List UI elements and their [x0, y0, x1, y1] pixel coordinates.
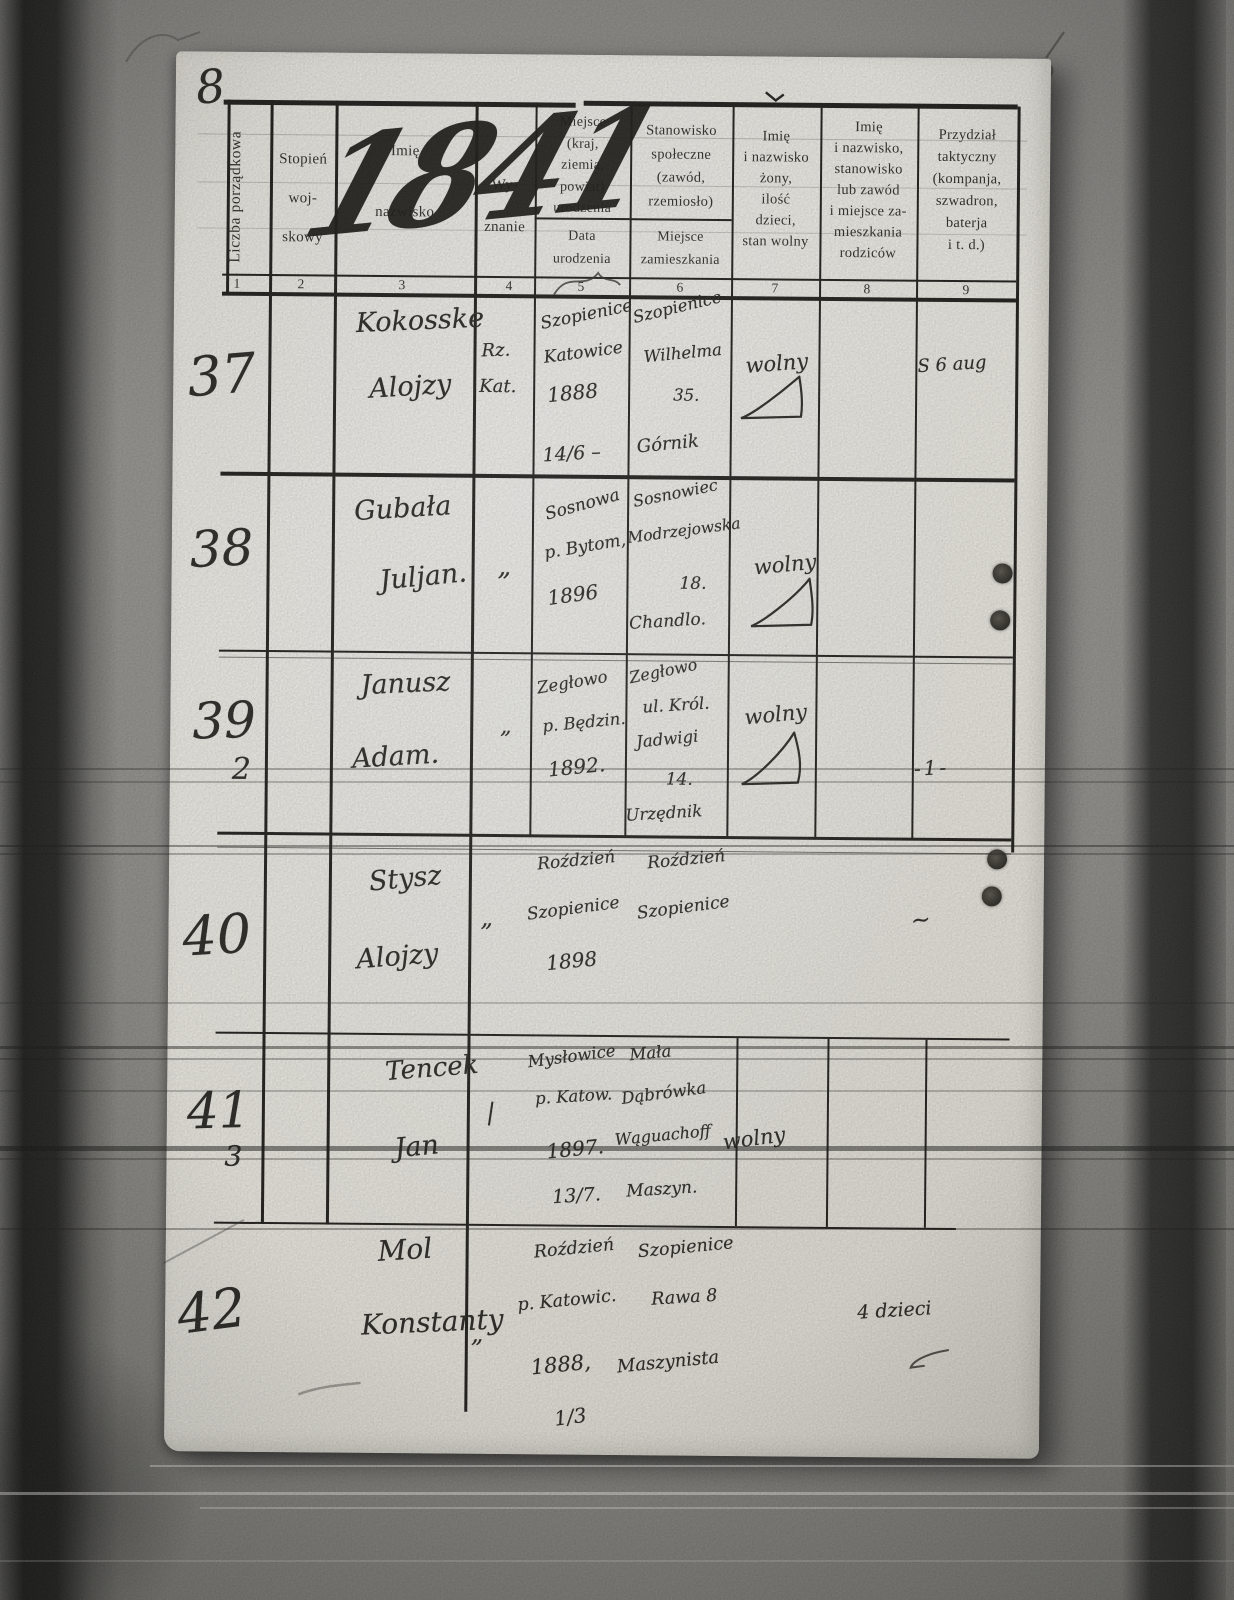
- header-col6-bottom: Miejsce zamieszkania: [628, 225, 732, 272]
- microfilm-scan: 8 Liczba porządkowa: [0, 0, 1234, 1600]
- entry-residence: Maszyn.: [626, 1177, 698, 1201]
- ink-flourish-triangle: [741, 574, 824, 633]
- entry-birth: Szopienice: [539, 296, 634, 334]
- entry-residence: Urzędnik: [625, 801, 703, 825]
- entry-residence: Szopienice: [636, 892, 731, 924]
- row-number-sub: 3: [224, 1140, 242, 1173]
- entry-residence: 14.: [666, 770, 693, 790]
- entry-assignment: S 6 aug: [917, 352, 987, 377]
- header-col9-label: Przydział taktyczny (kompanja, szwadron,…: [918, 124, 1015, 257]
- entry-religion-ditto: „: [471, 1320, 484, 1348]
- col-number: 4: [499, 278, 519, 294]
- entry-religion: Kat.: [479, 376, 516, 397]
- ink-flourish-triangle: [733, 372, 813, 423]
- film-scratch-white: [0, 1492, 1234, 1495]
- header-line: Miejsce: [628, 225, 732, 249]
- entry-residence: Jadwigi: [635, 727, 699, 752]
- entry-birth: Sosnowa: [543, 485, 622, 525]
- col-number: 6: [670, 280, 690, 296]
- entry-religion-ditto: „: [500, 714, 512, 739]
- entry-birth: p. Katowic.: [517, 1286, 618, 1315]
- film-scratch-white: [0, 1560, 1234, 1562]
- entry-family-status: wolny: [721, 1122, 786, 1154]
- row-divider-40: [216, 1032, 1010, 1041]
- v-rule: [464, 102, 478, 1412]
- entry-birth: Zegłowo: [536, 667, 609, 697]
- entry-residence: Wąguachoff: [614, 1121, 712, 1149]
- entry-residence: 35.: [673, 386, 699, 405]
- row-number: 39: [192, 691, 257, 751]
- entry-residence: 18.: [679, 574, 706, 594]
- entry-birth: Katowice: [543, 338, 624, 368]
- header-line: i t. d.): [918, 234, 1014, 257]
- ink-flourish: [552, 268, 624, 301]
- header-line: ilość: [733, 189, 819, 211]
- punch-hole: [987, 849, 1007, 869]
- entry-birth: 1898: [545, 946, 598, 975]
- ink-squiggle: ~: [909, 905, 933, 935]
- entry-residence: Rawa 8: [651, 1286, 718, 1310]
- row-number: 40: [181, 902, 253, 969]
- entry-residence: Dąbrówka: [620, 1078, 707, 1108]
- entry-religion-ditto: |: [485, 1098, 497, 1127]
- entry-religion: Rz.: [481, 340, 510, 362]
- entry-birth: 1888: [546, 378, 599, 407]
- entry-birth: Roździeń: [533, 1235, 615, 1263]
- entry-family-status: wolny: [743, 700, 808, 730]
- entry-birth: 13/7.: [552, 1183, 602, 1208]
- row-number: 38: [189, 518, 255, 579]
- entry-firstname: Adam.: [351, 739, 440, 775]
- header-line: stanowisko: [821, 159, 916, 181]
- entry-surname: Stysz: [368, 860, 443, 898]
- header-line: rzemiosło): [631, 190, 731, 214]
- entry-religion-ditto: „: [480, 904, 493, 932]
- entry-birth: 1888,: [530, 1350, 592, 1380]
- col-number: 3: [392, 277, 412, 293]
- header-line: (zawód,: [631, 166, 731, 190]
- film-scratch-white: [150, 1465, 1234, 1467]
- header-line: dzieci,: [733, 210, 819, 232]
- header-line: Imię: [821, 117, 916, 139]
- entry-family-status: 4 dzieci: [857, 1297, 933, 1323]
- col-number: 9: [956, 282, 976, 298]
- row-divider-38b: [219, 657, 1013, 665]
- ink-tick: [764, 88, 786, 104]
- row-number-sub: 2: [232, 752, 251, 787]
- entry-birth: 1892.: [547, 752, 606, 781]
- film-dark-band-right: [1122, 0, 1226, 1600]
- header-line: i nazwisko,: [821, 138, 916, 160]
- header-line: szwadron,: [919, 190, 1015, 213]
- film-scratch-white: [200, 1507, 1234, 1509]
- entry-birth: p. Katow.: [535, 1084, 613, 1108]
- row-number: 42: [173, 1275, 249, 1346]
- entry-residence: Górnik: [636, 431, 700, 458]
- entry-birth: 14/6 –: [542, 441, 601, 467]
- header-line: stan wolny: [732, 231, 818, 253]
- pencil-diagonal: [159, 1211, 250, 1272]
- entry-firstname: Jan: [393, 1129, 440, 1164]
- page-number: 8: [193, 58, 227, 115]
- row-divider-37: [220, 472, 1014, 483]
- entry-birth: Roździeń: [536, 847, 616, 874]
- film-dark-band-left: [0, 0, 118, 1600]
- col-number: 2: [291, 276, 311, 292]
- entry-residence: Modrzejowska: [626, 514, 741, 547]
- row-divider-39: [217, 832, 1011, 842]
- entry-residence: ul. Król.: [642, 694, 710, 717]
- header-line: żony,: [733, 168, 819, 190]
- entry-surname: Tencek: [384, 1050, 479, 1087]
- v-rule: [826, 1039, 830, 1227]
- entry-residence: Wilhelma: [643, 340, 723, 366]
- header-line: mieszkania: [820, 222, 915, 244]
- header-line: urodzenia: [535, 247, 628, 271]
- header-line: taktyczny: [919, 146, 1015, 169]
- v-rule: [924, 1040, 928, 1228]
- header-line: i miejsce za-: [821, 201, 916, 223]
- punch-hole: [993, 563, 1013, 583]
- entry-birth: Mysłowice: [527, 1041, 617, 1071]
- header-line: i nazwisko: [733, 147, 819, 169]
- entry-firstname: Alojzy: [355, 938, 439, 975]
- entry-residence: Mała: [629, 1041, 673, 1064]
- col-number: 8: [857, 281, 877, 297]
- entry-surname: Mol: [377, 1232, 433, 1268]
- col6-subdivider: [630, 218, 732, 221]
- header-col1-label: Liczba porządkowa: [226, 112, 267, 282]
- ink-flourish-triangle: [730, 728, 816, 791]
- entry-birth: 1896: [546, 579, 600, 609]
- col-number: 7: [765, 280, 785, 296]
- row-number: 37: [185, 341, 258, 409]
- pencil-dash: [294, 1372, 364, 1403]
- header-col8-label: Imię i nazwisko, stanowisko lub zawód i …: [820, 117, 916, 265]
- entry-residence: Chandlo.: [629, 609, 707, 634]
- v-rule: [326, 101, 339, 1225]
- entry-surname: Gubała: [353, 490, 452, 527]
- entry-firstname: Juljan.: [378, 557, 468, 596]
- entry-birth: 1897.: [546, 1134, 605, 1163]
- entry-birth: 1/3: [553, 1403, 588, 1431]
- header-line: Przydział: [919, 124, 1015, 147]
- header-line: baterja: [919, 212, 1015, 235]
- col-number: 1: [227, 276, 247, 292]
- header-line: (kompanja,: [919, 168, 1015, 191]
- entry-birth: p. Bytom,: [543, 530, 628, 563]
- header-line: lub zawód: [821, 180, 916, 202]
- header-line: rodziców: [820, 243, 915, 265]
- punch-hole: [982, 886, 1002, 906]
- punch-hole: [990, 610, 1010, 630]
- entry-birth: p. Będzin.: [542, 709, 627, 736]
- entry-residence: Sosnowiec: [631, 475, 719, 511]
- header-line: zamieszkania: [628, 248, 732, 272]
- register-page: 8 Liczba porządkowa: [164, 51, 1051, 1459]
- entry-surname: Janusz: [360, 666, 451, 701]
- entry-surname: Kokosske: [355, 303, 485, 340]
- entry-assignment: -1-: [913, 755, 949, 781]
- header-line: Imię: [733, 126, 819, 148]
- entry-residence: Szopienice: [637, 1233, 734, 1262]
- entry-religion-ditto: „: [498, 552, 512, 582]
- row-number: 41: [186, 1081, 251, 1141]
- header-col7-label: Imię i nazwisko żony, ilość dzieci, stan…: [732, 126, 819, 253]
- entry-residence: Maszynista: [616, 1347, 720, 1378]
- entry-firstname: Alojzy: [368, 369, 452, 405]
- ink-flourish: [905, 1346, 953, 1372]
- entry-birth: Szopienice: [526, 893, 621, 925]
